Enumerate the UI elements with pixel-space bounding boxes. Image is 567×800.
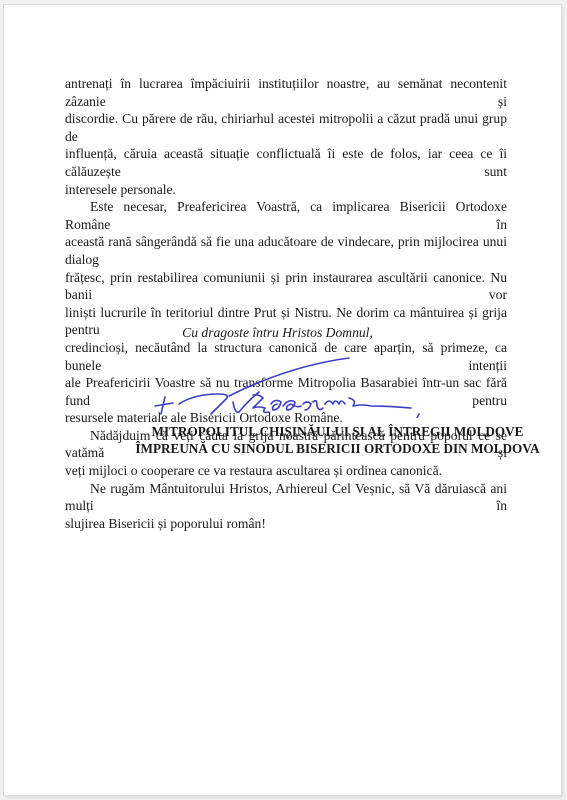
line: această rană sângerândă să fie una aducă… [65, 233, 507, 268]
signature-icon [149, 348, 459, 418]
line: discordie. Cu părere de rău, chiriarhul … [65, 110, 507, 145]
line: slujirea Bisericii și poporului român! [65, 515, 507, 533]
signatory-line-1: MITROPOLITUL CHIȘINĂULUI ȘI AL ÎNTREGII … [4, 423, 561, 440]
closing-text: Cu dragoste întru Hristos Domnul, [182, 325, 373, 341]
line: interesele personale. [65, 181, 507, 199]
line: Ne rugăm Mântuitorului Hristos, Arhiereu… [65, 480, 507, 515]
line: frățesc, prin restabilirea comuniunii și… [65, 269, 507, 304]
signatory-line-2: ÎMPREUNĂ CU SINODUL BISERICII ORTODOXE D… [4, 440, 561, 457]
letter-body: antrenați în lucrarea împăciuirii instit… [65, 75, 507, 532]
paragraph-1: antrenați în lucrarea împăciuirii instit… [65, 75, 507, 198]
line: Este necesar, Preafericirea Voastră, ca … [65, 198, 507, 233]
closing-salutation: Cu dragoste întru Hristos Domnul, [4, 325, 561, 341]
document-page: antrenați în lucrarea împăciuirii instit… [4, 5, 561, 795]
line: veți mijloci o cooperare ce va restaura … [65, 462, 507, 480]
line: antrenați în lucrarea împăciuirii instit… [65, 75, 507, 110]
signatory-block: MITROPOLITUL CHIȘINĂULUI ȘI AL ÎNTREGII … [4, 423, 561, 457]
paragraph-4: Ne rugăm Mântuitorului Hristos, Arhiereu… [65, 480, 507, 533]
line: influență, căruia această situație confl… [65, 145, 507, 180]
